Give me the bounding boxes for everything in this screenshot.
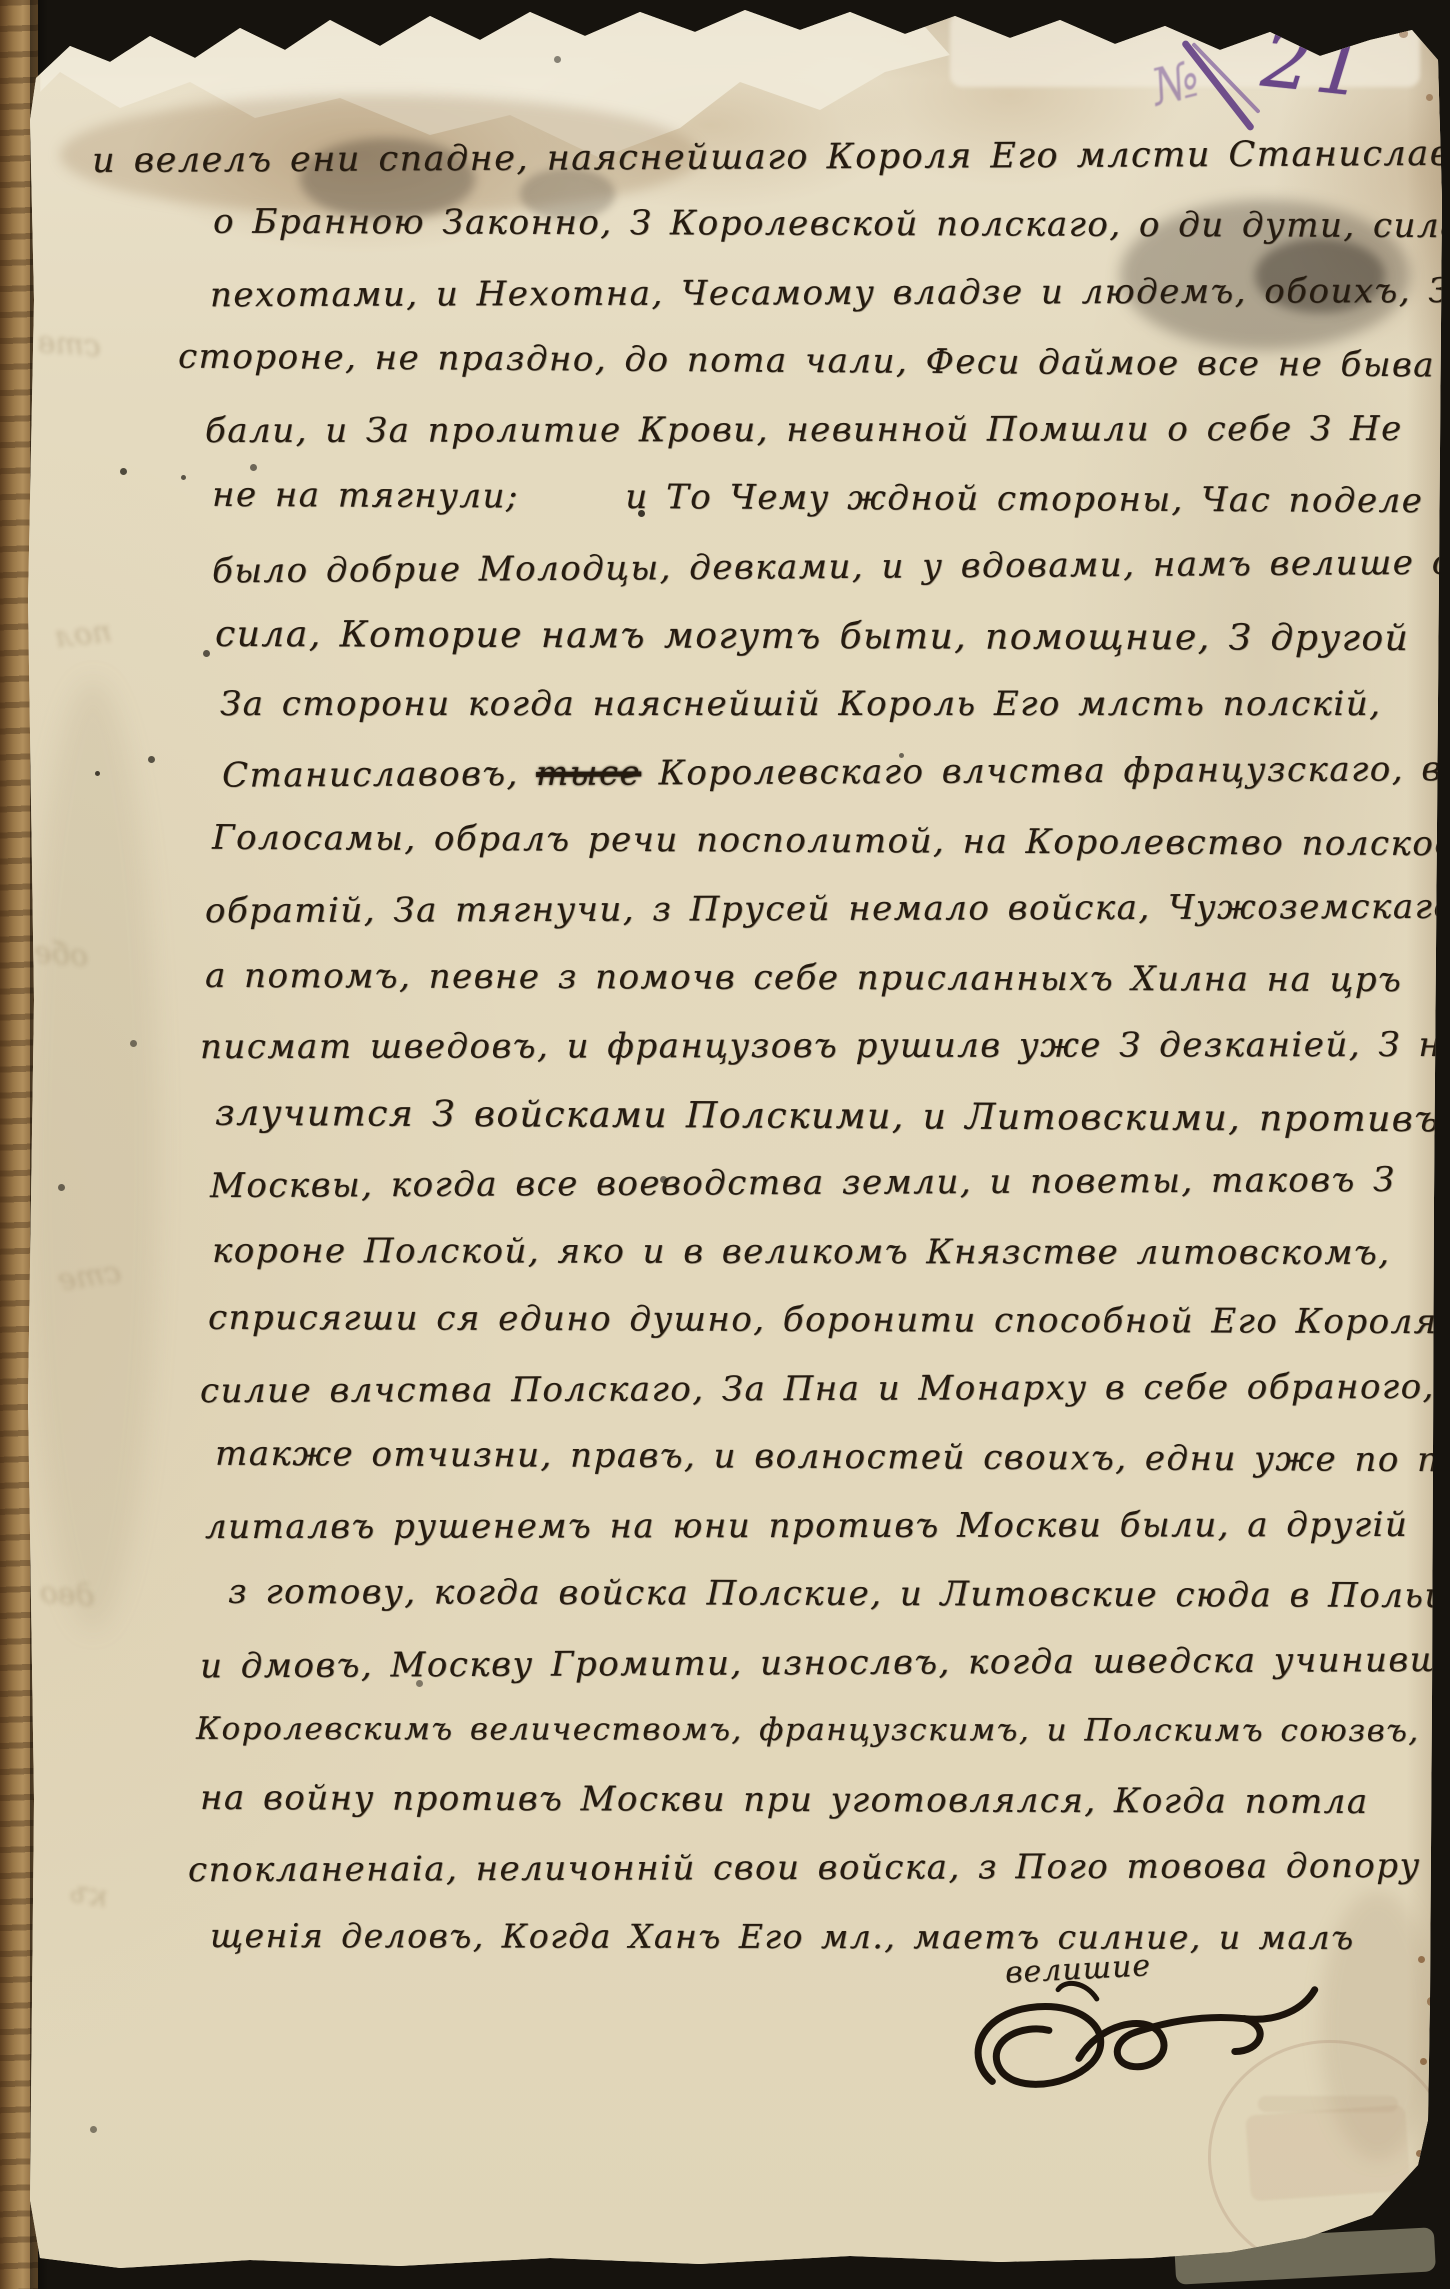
manuscript-line-11: Голосамы, обралъ речи посполитой, на Кор… xyxy=(212,820,1450,864)
manuscript-line-4: стороне, не праздно, до пота чали, Феси … xyxy=(178,339,1435,385)
manuscript-line-9: За сторони когда наяснейшій Король Его м… xyxy=(220,686,1382,723)
manuscript-line-19: силие влчства Полскаго, За Пна и Монарху… xyxy=(200,1369,1435,1411)
bleed-through-text: дво xyxy=(39,1578,96,1612)
manuscript-line-17: короне Полской, яко и в великомъ Князств… xyxy=(212,1233,1391,1272)
manuscript-line-3: пехотами, и Нехотна, Чесамому владзе и л… xyxy=(210,273,1450,315)
struck-word: тысе xyxy=(536,753,641,794)
bleed-through-text: пол xyxy=(54,617,113,653)
line-10-before: Станиславовъ, xyxy=(222,754,536,796)
manuscript-line-7: было добрие Молодцы, девками, и у вдовам… xyxy=(212,545,1450,591)
manuscript-line-10: Станиславовъ, тысе Королевскаго влчства … xyxy=(222,750,1450,795)
manuscript-line-15: злучится З войсками Полскими, и Литовски… xyxy=(215,1094,1440,1140)
library-stamp-book xyxy=(1245,2105,1411,2202)
manuscript-line-20: такжe отчизни, правъ, и волностей своихъ… xyxy=(215,1436,1450,1480)
manuscript-line-1: и велелъ ени спадне, наяснейшаго Короля … xyxy=(92,134,1450,181)
folio-number: 21 xyxy=(1258,21,1373,110)
aging-stain xyxy=(28,680,158,1630)
bleed-through-text: обе xyxy=(33,938,89,972)
manuscript-line-24: Королевскимъ величествомъ, французскимъ,… xyxy=(196,1712,1420,1748)
manuscript-line-26: спокланенаіа, неличонній свои войска, з … xyxy=(188,1848,1421,1890)
manuscript-line-12: обратій, За тягнучи, з Прусей немало вой… xyxy=(205,889,1450,931)
manuscript-line-2: о Бранною Законно, З Королевской полскаг… xyxy=(213,204,1450,246)
manuscript-line-23: и дмовъ, Москву Громити, износлвъ, когда… xyxy=(200,1642,1450,1686)
manuscript-line-6: не на тягнули; и То Чему ждной стороны, … xyxy=(212,477,1423,521)
manuscript-line-14: писмат шведовъ, и французовъ рушилв уже … xyxy=(200,1027,1442,1067)
manuscript-line-25: на войну противъ Москви при уготовлялся,… xyxy=(200,1780,1369,1821)
line-10-after: Королевскаго влчства французскаго, волны… xyxy=(641,748,1450,793)
manuscript-page: ств пол обе сте дво къ № 21 и велелъ ени… xyxy=(0,0,1450,2289)
manuscript-line-13: а потомъ, певне з помочв себе присланных… xyxy=(205,958,1402,1000)
manuscript-line-16: Москвы, когда все воеводства земли, и по… xyxy=(210,1162,1396,1206)
manuscript-line-5: бали, и За пролитие Крови, невинной Помш… xyxy=(205,411,1403,450)
manuscript-line-22: з готову, когда войска Полские, и Литовс… xyxy=(228,1574,1450,1616)
manuscript-line-8: сила, Которие намъ могутъ быти, помощние… xyxy=(215,615,1409,659)
library-stamp-detail xyxy=(1258,2096,1398,2112)
manuscript-line-21: литалвъ рушенемъ на юни противъ Москви б… xyxy=(205,1507,1408,1546)
bleed-through-text: къ xyxy=(68,1877,111,1913)
bleed-through-text: ств xyxy=(37,328,102,362)
manuscript-line-27: щенія деловъ, Когда Ханъ Его мл., маетъ … xyxy=(210,1918,1355,1956)
scanned-manuscript-screenshot: { "page": { "folio_number": "21", "cance… xyxy=(0,0,1450,2289)
bleed-through-text: сте xyxy=(56,1258,123,1296)
manuscript-line-18: сприсягши ся едино душно, боронити спосо… xyxy=(208,1300,1438,1342)
